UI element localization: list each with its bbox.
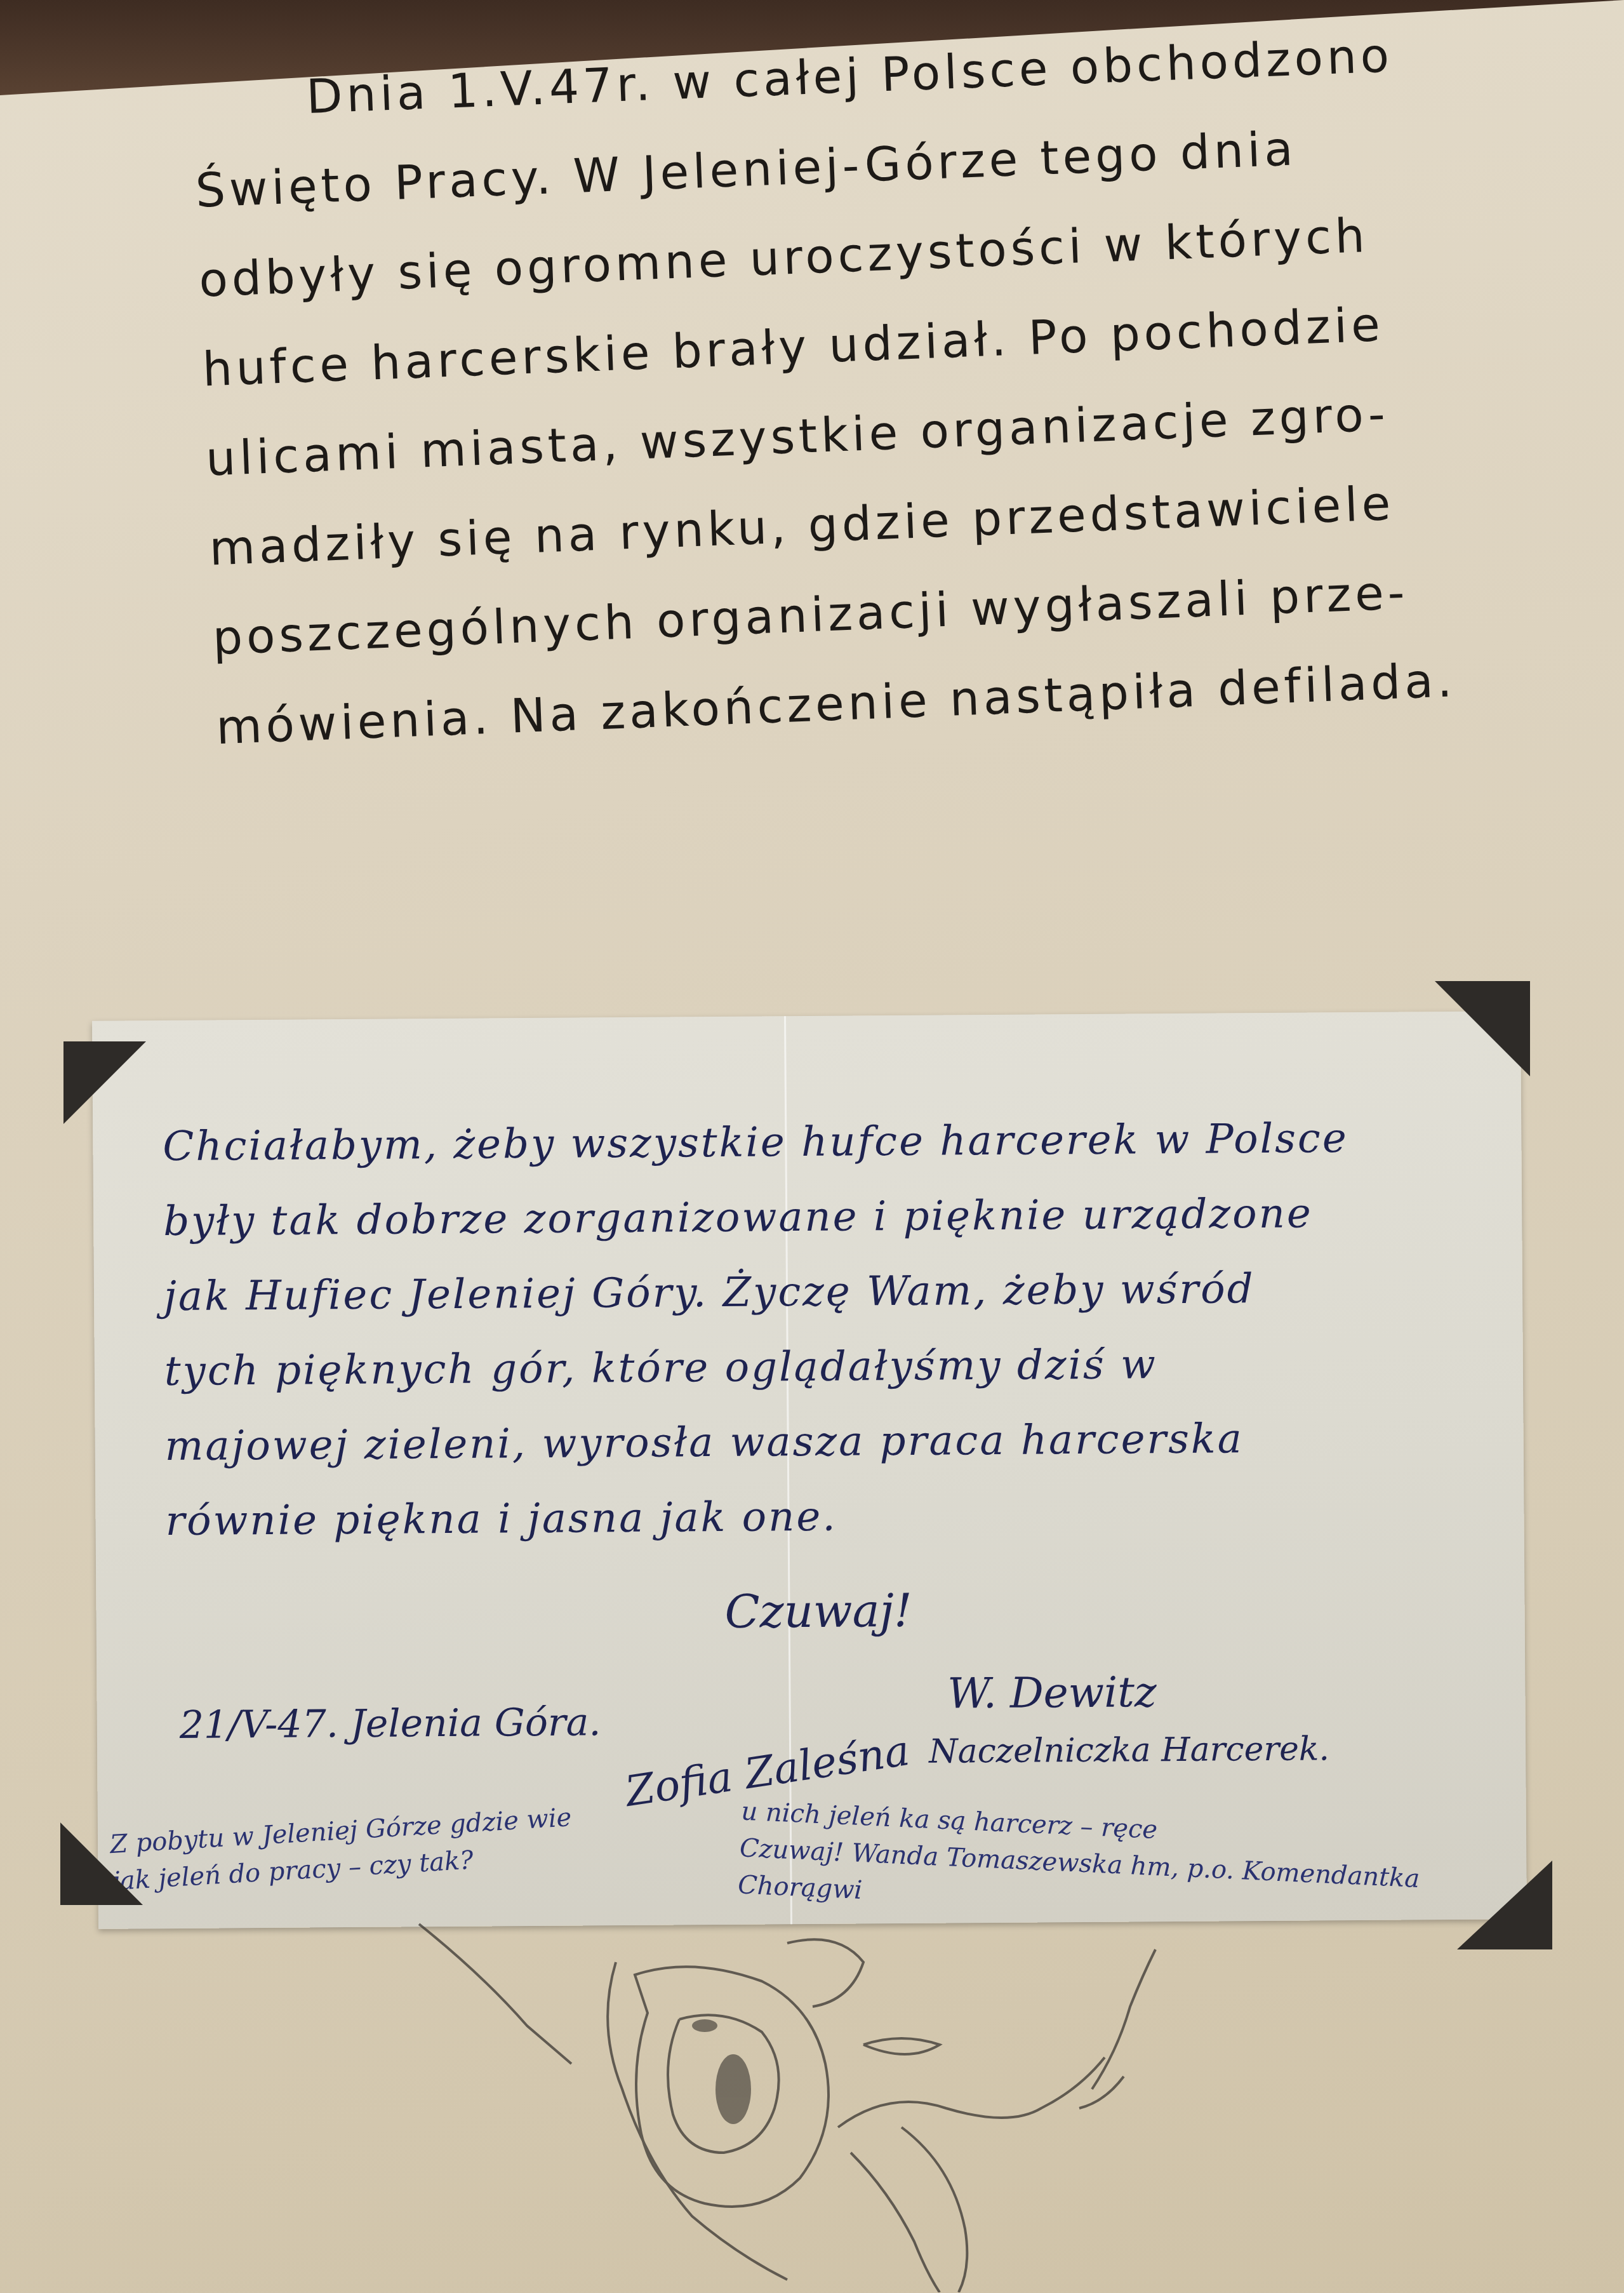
letter-line: tych pięknych gór, które oglądałyśmy dzi… <box>164 1325 1498 1409</box>
margin-note-left: Z pobytu w Jeleniej Górze gdzie wie jak … <box>109 1793 683 1900</box>
letter-line: Chciałabym, żeby wszystkie hufce harcere… <box>163 1100 1496 1184</box>
letter-signature: W. Dewitz <box>947 1668 1157 1718</box>
letter-line: były tak dobrze zorganizowane i pięknie … <box>163 1175 1497 1259</box>
letter-line: jak Hufiec Jeleniej Góry. Życzę Wam, żeb… <box>164 1250 1498 1334</box>
handwritten-entry: Dnia 1.V.47r. w całej Polsce obchodzono … <box>190 6 1550 773</box>
rose-sketch-icon <box>406 1899 1359 2292</box>
letter-body: Chciałabym, żeby wszystkie hufce harcere… <box>163 1100 1499 1559</box>
pasted-letter: Chciałabym, żeby wszystkie hufce harcere… <box>92 1011 1527 1929</box>
letter-line: majowej zieleni, wyrosła wasza praca har… <box>164 1400 1498 1484</box>
letter-greeting: Czuwaj! <box>724 1584 912 1638</box>
letter-line: równie piękna i jasna jak one. <box>165 1474 1499 1559</box>
scrapbook-page: Dnia 1.V.47r. w całej Polsce obchodzono … <box>0 0 1624 2293</box>
letter-date-place: 21/V-47. Jelenia Góra. <box>180 1700 601 1748</box>
letter-signature-title: Naczelniczka Harcerek. <box>929 1730 1329 1770</box>
